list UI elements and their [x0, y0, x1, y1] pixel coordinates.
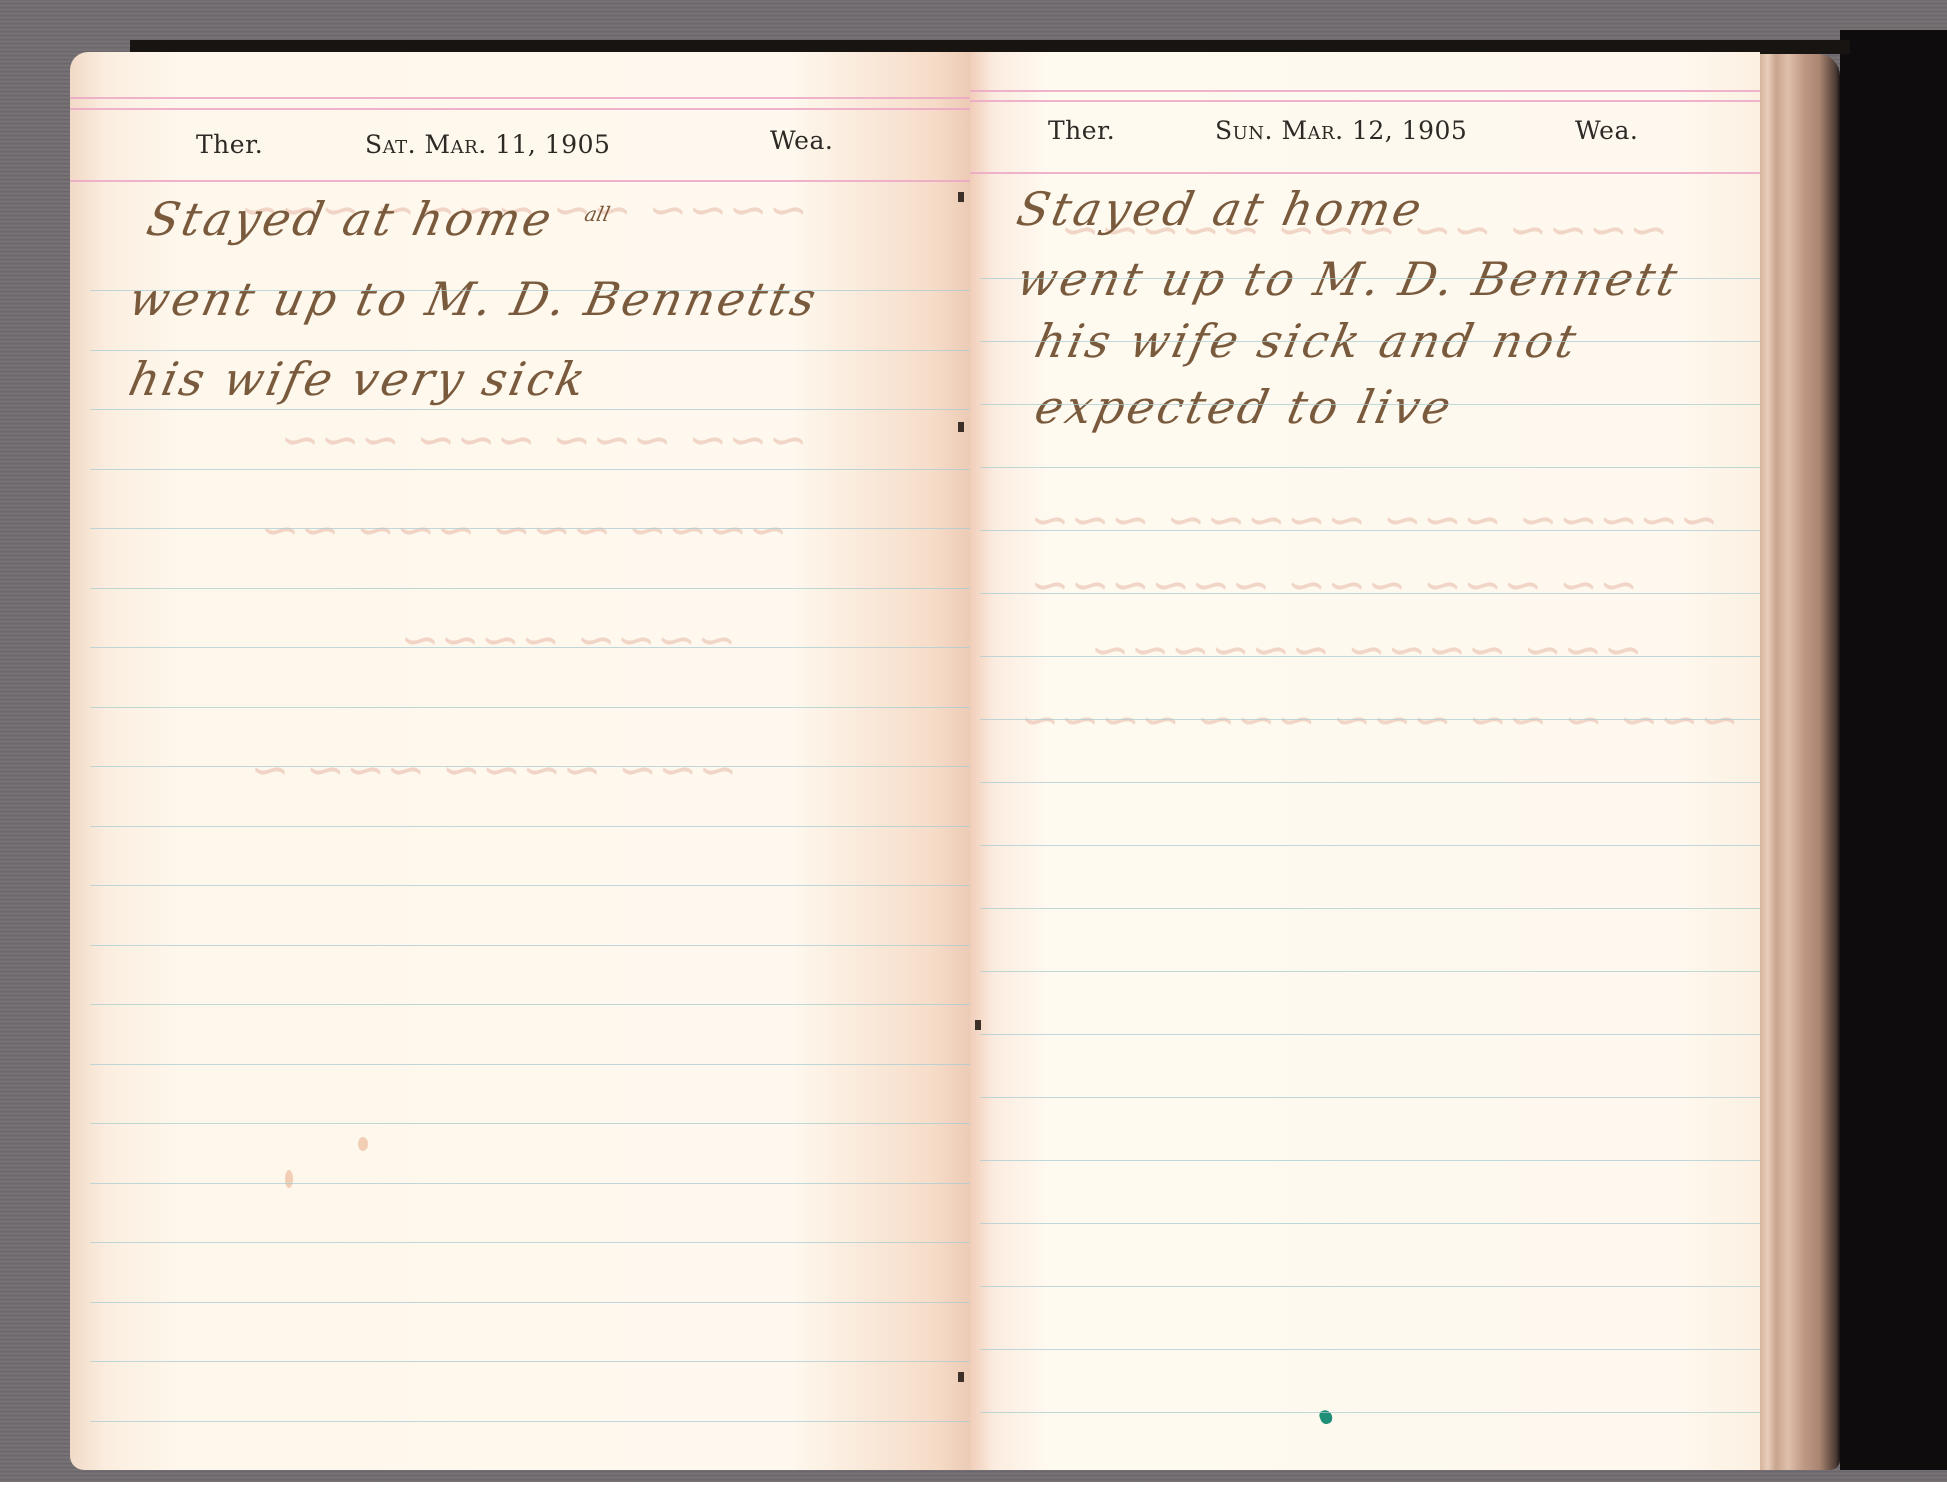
open-diary: Ther. Sat. Mar. 11, 1905 Wea. ~~~~ ~~ ~~… [70, 52, 1860, 1472]
ruled-line [980, 719, 1760, 720]
ruled-line [90, 588, 970, 589]
ther-label: Ther. [196, 130, 263, 159]
ruled-line [980, 404, 1760, 405]
binding-stitch [958, 422, 964, 432]
ruled-line [980, 1223, 1760, 1224]
entry-superscript-note: all [582, 202, 612, 226]
ruled-line [980, 593, 1760, 594]
bleed-through-text: ~~~ ~~~ ~~~ ~~~ [274, 412, 814, 468]
ruled-line [90, 707, 970, 708]
ruled-line [980, 278, 1760, 279]
header-rule-top [70, 97, 970, 99]
header-rule-top [970, 90, 1760, 92]
ruled-line [90, 1242, 970, 1243]
ruled-line [980, 656, 1760, 657]
ruled-line [90, 469, 970, 470]
ruled-line [980, 341, 1760, 342]
ruled-line [980, 530, 1760, 531]
ruled-line [980, 845, 1760, 846]
entry-line-4: expected to live [1030, 380, 1458, 434]
ruled-line [90, 945, 970, 946]
bleed-through-text: ~~~~~ ~~~ ~~~~~ ~~~ [1024, 492, 1725, 548]
ruled-line [90, 528, 970, 529]
wea-label: Wea. [770, 126, 833, 155]
binding-stitch [958, 192, 964, 202]
entry-line-2: went up to M. D. Bennetts [124, 272, 823, 326]
date-heading: Sun. Mar. 12, 1905 [1215, 116, 1467, 145]
ruled-line [980, 971, 1760, 972]
ruled-line [90, 766, 970, 767]
wea-label: Wea. [1575, 116, 1638, 145]
ruled-line [90, 1302, 970, 1303]
bleed-through-text: ~~~~ ~~~ ~~~ ~~ [254, 502, 794, 558]
day-name: Sat. [365, 130, 416, 159]
date-heading: Sat. Mar. 11, 1905 [365, 130, 610, 159]
ruled-line [90, 826, 970, 827]
bleed-through-text: ~~~ ~ ~~ ~~~ ~~~ ~~~~ [1014, 692, 1746, 748]
header-rule-top-double [970, 100, 1760, 102]
ruled-line [980, 1097, 1760, 1098]
ruled-line [90, 1183, 970, 1184]
day-name: Sun. [1215, 116, 1273, 145]
entry-line-2: went up to M. D. Bennett [1012, 252, 1685, 306]
date-text: Mar. 11, 1905 [425, 130, 611, 159]
ruled-line [980, 1160, 1760, 1161]
header-rule-top-double [70, 108, 970, 110]
binding-stitch [958, 1372, 964, 1382]
ruled-line [90, 350, 970, 351]
ruled-line [980, 1034, 1760, 1035]
header-rule-bottom [970, 172, 1760, 174]
ruled-line [90, 1361, 970, 1362]
ther-label: Ther. [1048, 116, 1115, 145]
ruled-line [90, 290, 970, 291]
left-page: Ther. Sat. Mar. 11, 1905 Wea. ~~~~ ~~ ~~… [70, 52, 970, 1470]
ruled-line [90, 885, 970, 886]
ruled-line [90, 1004, 970, 1005]
right-page: Ther. Sun. Mar. 12, 1905 Wea. ~~~~ ~~ ~~… [970, 52, 1760, 1470]
ruled-line [90, 647, 970, 648]
bleed-through-text: ~~ ~~~ ~~~ ~~~~~~ [1024, 557, 1645, 613]
ink-stain [358, 1137, 368, 1151]
entry-line-1: Stayed at home [142, 192, 559, 246]
entry-line-3: his wife very sick [124, 352, 593, 406]
date-text: Mar. 12, 1905 [1281, 116, 1467, 145]
ruled-line [980, 908, 1760, 909]
ruled-line [980, 782, 1760, 783]
ruled-line [90, 409, 970, 410]
ruled-line [90, 1123, 970, 1124]
bleed-through-text: ~~~~ ~~~~ [394, 612, 743, 668]
bleed-through-text: ~~~ ~~~~ ~~~ ~ [244, 742, 744, 798]
entry-line-1: Stayed at home [1012, 182, 1429, 236]
ruled-line [980, 1412, 1760, 1413]
ruled-line [980, 467, 1760, 468]
bleed-through-text: ~~~ ~~~~ ~~~~~~ [1084, 622, 1649, 678]
green-ink-spot [1318, 1408, 1334, 1425]
ruled-line [980, 1286, 1760, 1287]
binding-stitch [975, 1020, 981, 1030]
page-edges [1760, 54, 1840, 1470]
ink-stain [285, 1170, 293, 1188]
ruled-line [90, 1064, 970, 1065]
ruled-line [980, 1349, 1760, 1350]
ruled-line [90, 1421, 970, 1422]
